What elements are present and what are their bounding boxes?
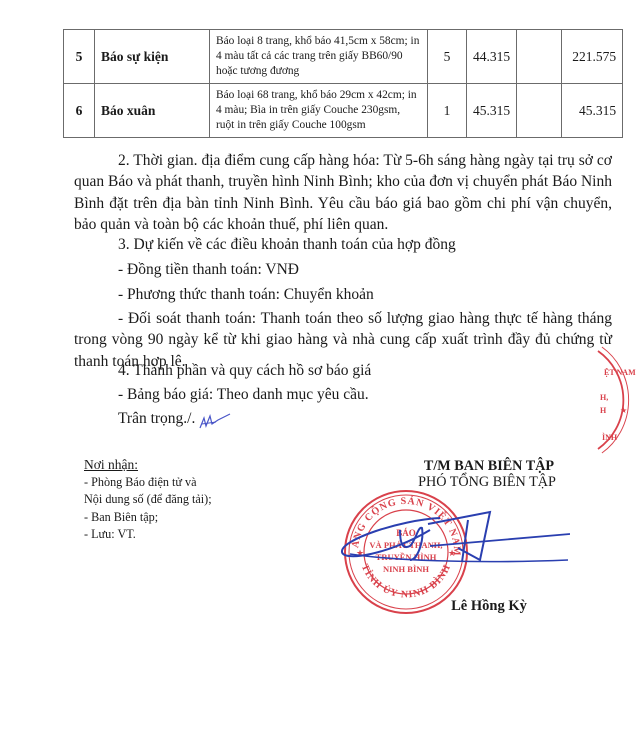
document-page: 5 Báo sự kiện Báo loại 8 trang, khổ báo … <box>0 0 641 740</box>
recipients-block: Nơi nhận: - Phòng Báo điện tử và Nội dun… <box>84 456 212 543</box>
item-blank-cell <box>517 30 562 84</box>
items-table: 5 Báo sự kiện Báo loại 8 trang, khổ báo … <box>63 29 623 138</box>
payment-currency: - Đồng tiền thanh toán: VNĐ <box>118 261 299 279</box>
item-total: 45.315 <box>562 84 623 138</box>
svg-text:ỆT NAM: ỆT NAM <box>604 368 636 377</box>
item-name: Báo xuân <box>95 84 210 138</box>
item-quantity: 5 <box>428 30 467 84</box>
section-4-title: 4. Thành phần và quy cách hồ sơ báo giá <box>118 362 371 380</box>
svg-text:ÌNH: ÌNH <box>602 432 618 442</box>
recipient-item: - Ban Biên tập; <box>84 509 212 526</box>
recipient-item: - Lưu: VT. <box>84 526 212 543</box>
section-2-delivery: 2. Thời gian. địa điểm cung cấp hàng hóa… <box>74 150 612 235</box>
payment-method: - Phương thức thanh toán: Chuyển khoản <box>118 286 374 304</box>
row-number: 6 <box>64 84 95 138</box>
item-quantity: 1 <box>428 84 467 138</box>
svg-text:★: ★ <box>620 406 627 415</box>
quote-table-line: - Bảng báo giá: Theo danh mục yêu cầu. <box>118 386 369 404</box>
svg-text:H,: H, <box>600 393 608 402</box>
table-row: 6 Báo xuân Báo loại 68 trang, khổ báo 29… <box>64 84 623 138</box>
item-description: Báo loại 68 trang, khổ báo 29cm x 42cm; … <box>210 84 428 138</box>
signature-on-behalf: T/M BAN BIÊN TẬP <box>404 458 574 475</box>
handwritten-signature-icon <box>330 490 570 600</box>
table-row: 5 Báo sự kiện Báo loại 8 trang, khổ báo … <box>64 30 623 84</box>
item-total: 221.575 <box>562 30 623 84</box>
item-unit-price: 44.315 <box>467 30 517 84</box>
recipients-heading: Nơi nhận: <box>84 456 212 473</box>
recipient-item: - Phòng Báo điện tử và <box>84 474 212 491</box>
section-3-title: 3. Dự kiến về các điều khoản thanh toán … <box>118 236 456 254</box>
recipient-item: Nội dung số (để đăng tải); <box>84 491 212 508</box>
row-number: 5 <box>64 30 95 84</box>
svg-text:H: H <box>600 406 607 415</box>
item-description: Báo loại 8 trang, khổ báo 41,5cm x 58cm;… <box>210 30 428 84</box>
signer-name: Lê Hồng Kỳ <box>404 598 574 615</box>
initials-mark-icon <box>196 408 236 433</box>
edge-stamp-icon: ỆT NAM H, H ★ ÌNH <box>592 345 641 455</box>
closing-line: Trân trọng./. <box>118 410 195 428</box>
item-unit-price: 45.315 <box>467 84 517 138</box>
item-name: Báo sự kiện <box>95 30 210 84</box>
item-blank-cell <box>517 84 562 138</box>
